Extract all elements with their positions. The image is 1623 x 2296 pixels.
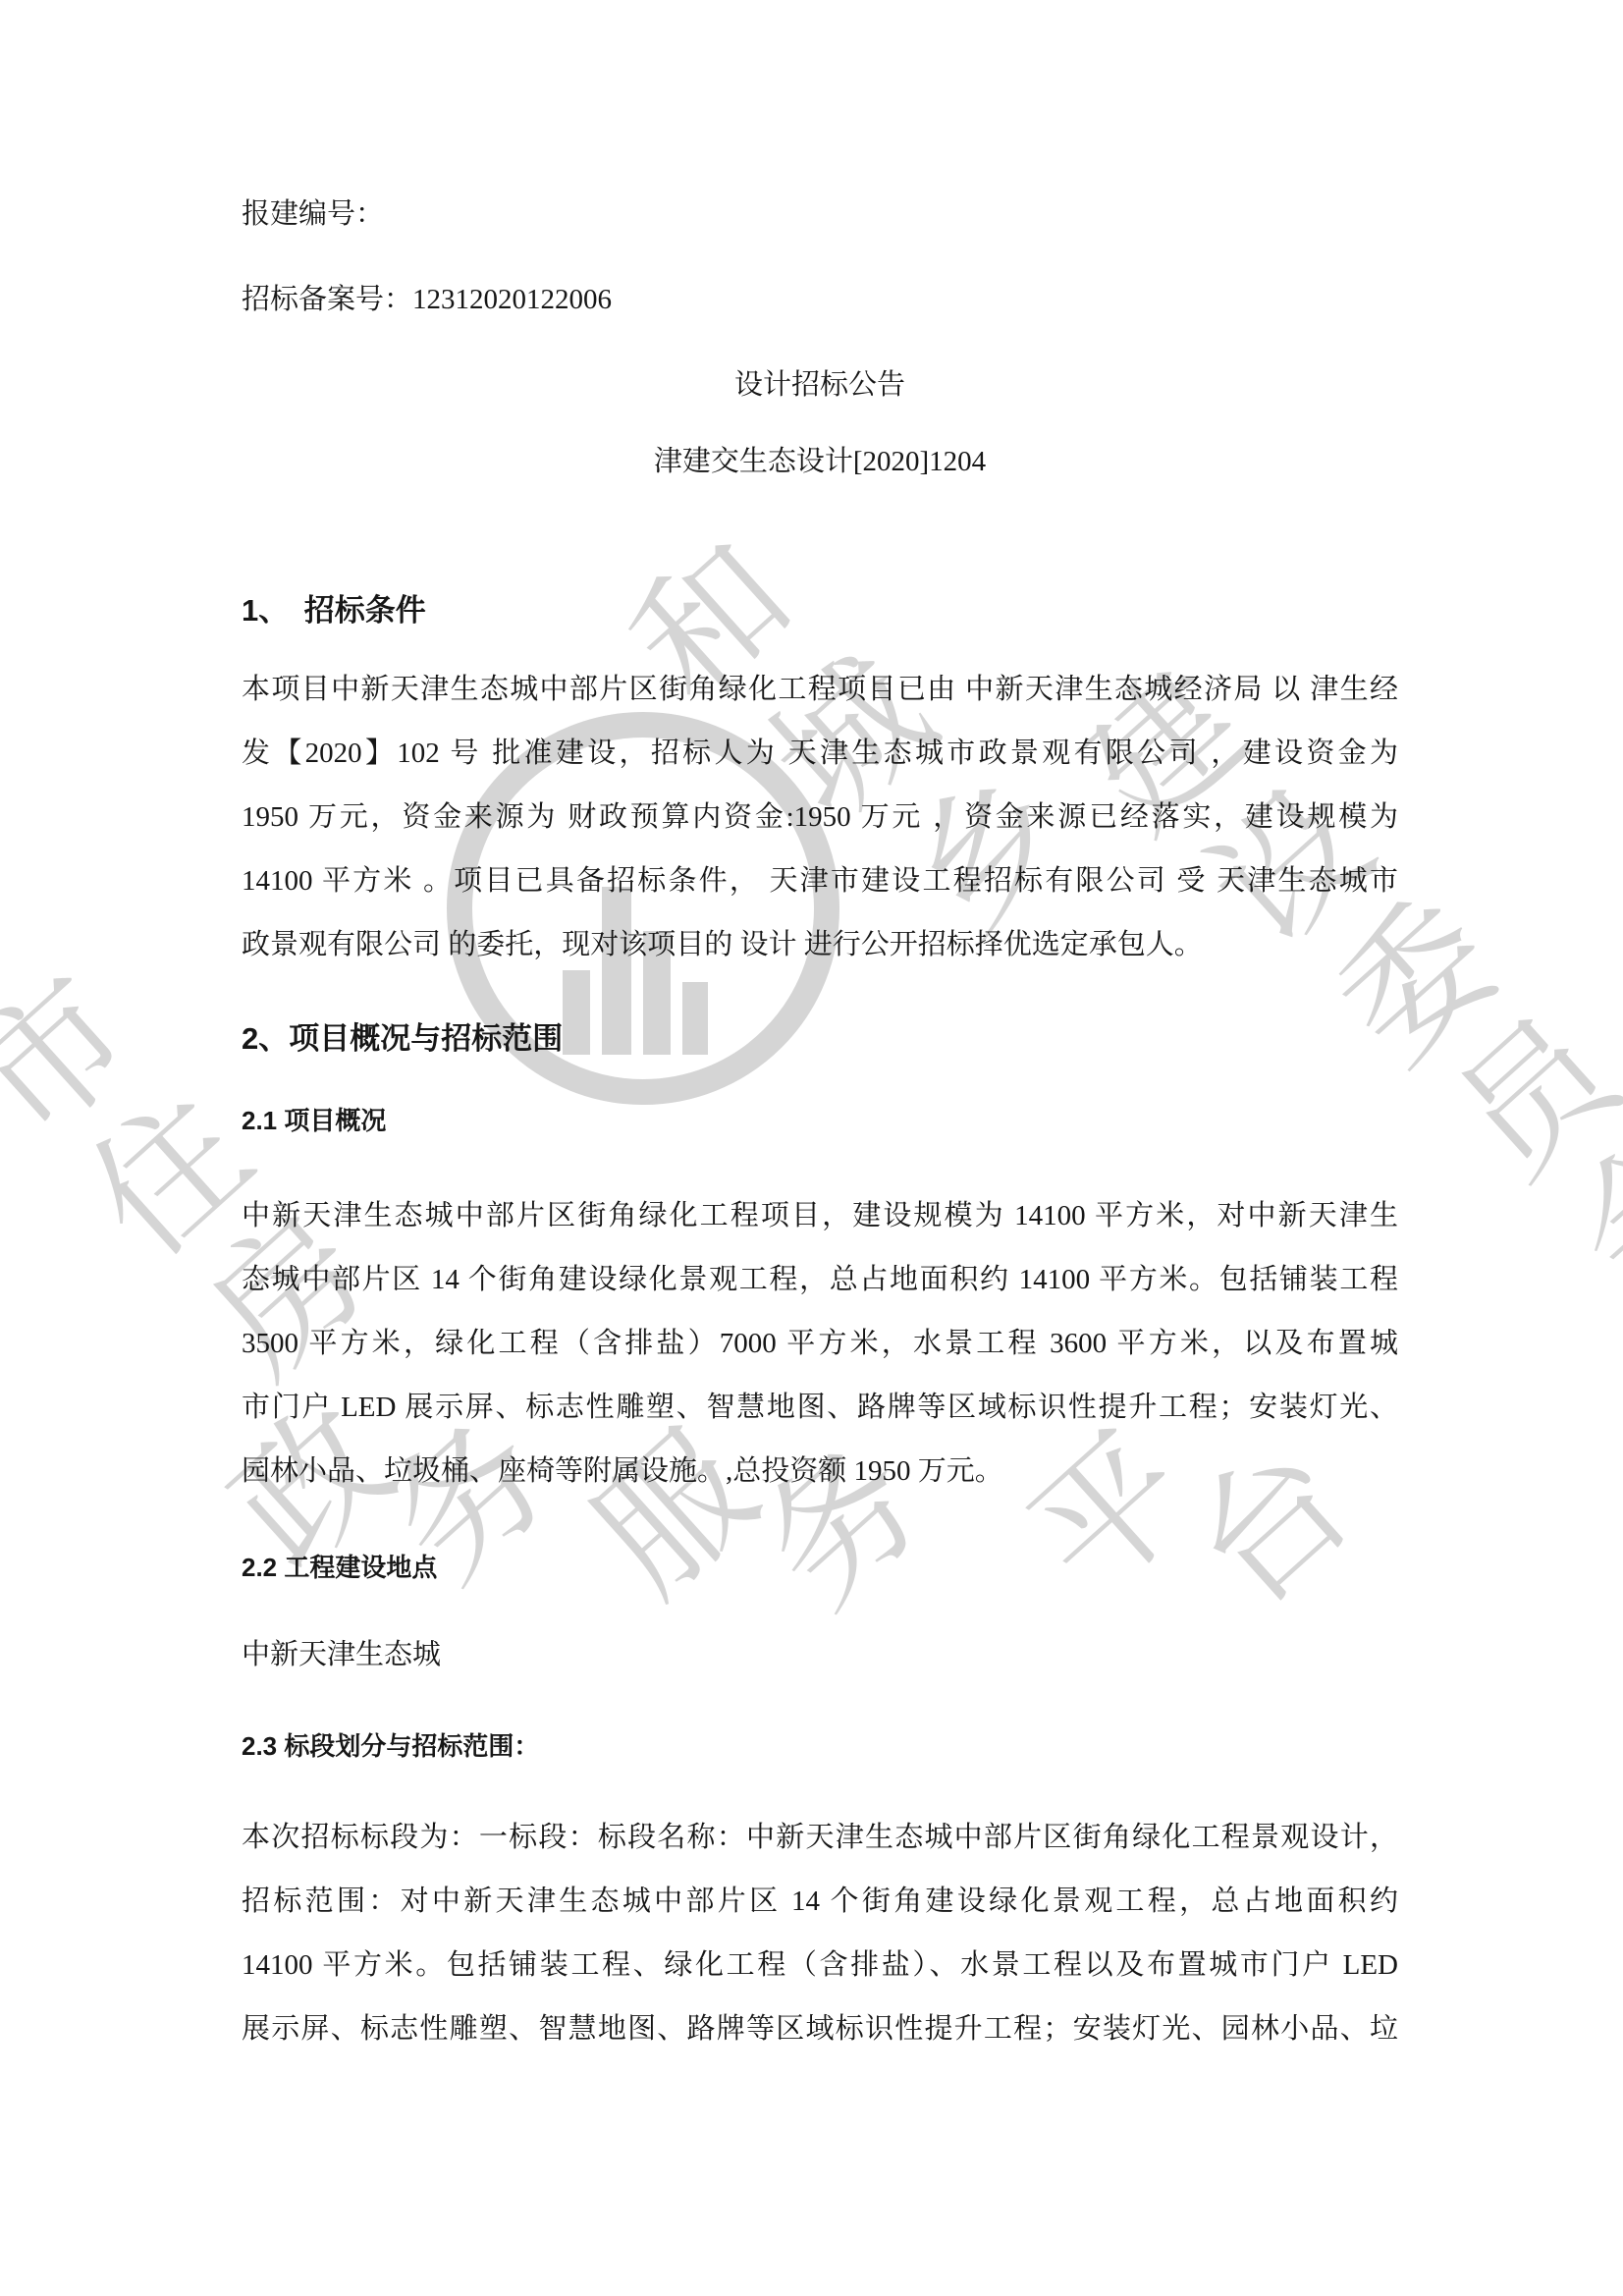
section-2-1-line-4: 市门户 LED 展示屏、标志性雕塑、智慧地图、路牌等区域标识性提升工程；安装灯光… xyxy=(242,1388,1398,1427)
section-2-3-line-2: 招标范围：对中新天津生态城中部片区 14 个街角建设绿化景观工程，总占地面积约 xyxy=(242,1882,1398,1921)
section-1-line-5: 政景观有限公司 的委托，现对该项目的 设计 进行公开招标择优选定承包人。 xyxy=(242,925,1398,964)
section-1-line-1: 本项目中新天津生态城中部片区街角绿化工程项目已由 中新天津生态城经济局 以 津生… xyxy=(242,670,1398,709)
section-2-heading: 2、项目概况与招标范围 xyxy=(242,1019,1398,1059)
section-2-3-line-1: 本次招标标段为：一标段：标段名称：中新天津生态城中部片区街角绿化工程景观设计， xyxy=(242,1818,1398,1857)
section-1-line-2: 发【2020】102 号 批准建设，招标人为 天津生态城市政景观有限公司 ，建设… xyxy=(242,734,1398,773)
section-1-line-4: 14100 平方米 。项目已具备招标条件， 天津市建设工程招标有限公司 受 天津… xyxy=(242,861,1398,901)
section-1-line-3: 1950 万元，资金来源为 财政预算内资金:1950 万元 ，资金来源已经落实，… xyxy=(242,797,1398,837)
section-2-3-heading: 2.3 标段划分与招标范围： xyxy=(242,1726,1398,1766)
watermark-char: 员 xyxy=(1433,993,1623,1201)
section-2-1-line-2: 态城中部片区 14 个街角建设绿化景观工程，总占地面积约 14100 平方米。包… xyxy=(242,1260,1398,1299)
report-number: 报建编号： xyxy=(242,194,1398,234)
section-2-1-line-5: 园林小品、垃圾桶、座椅等附属设施。,总投资额 1950 万元。 xyxy=(242,1451,1398,1491)
watermark-char: 会 xyxy=(1548,1109,1623,1317)
section-2-1-line-3: 3500 平方米，绿化工程（含排盐）7000 平方米，水景工程 3600 平方米… xyxy=(242,1324,1398,1363)
section-2-1-heading: 2.1 项目概况 xyxy=(242,1101,1398,1140)
document-page: 市住房和城乡建设委员会政务服务平台 报建编号： 招标备案号：1231202012… xyxy=(0,0,1623,2296)
section-2-2-location-text: 中新天津生态城 xyxy=(242,1635,1398,1674)
section-2-2-heading: 2.2 工程建设地点 xyxy=(242,1548,1398,1587)
section-2-1-line-1: 中新天津生态城中部片区街角绿化工程项目，建设规模为 14100 平方米，对中新天… xyxy=(242,1196,1398,1235)
section-1-heading: 1、 招标条件 xyxy=(242,591,1398,630)
document-reference-number: 津建交生态设计[2020]1204 xyxy=(242,442,1398,481)
document-title: 设计招标公告 xyxy=(242,365,1398,405)
section-2-3-line-3: 14100 平方米。包括铺装工程、绿化工程（含排盐）、水景工程以及布置城市门户 … xyxy=(242,1945,1398,1985)
section-2-3-line-4: 展示屏、标志性雕塑、智慧地图、路牌等区域标识性提升工程；安装灯光、园林小品、垃 xyxy=(242,2009,1398,2049)
tender-record-number: 招标备案号：12312020122006 xyxy=(242,280,1398,319)
watermark-char: 市 xyxy=(0,954,156,1162)
